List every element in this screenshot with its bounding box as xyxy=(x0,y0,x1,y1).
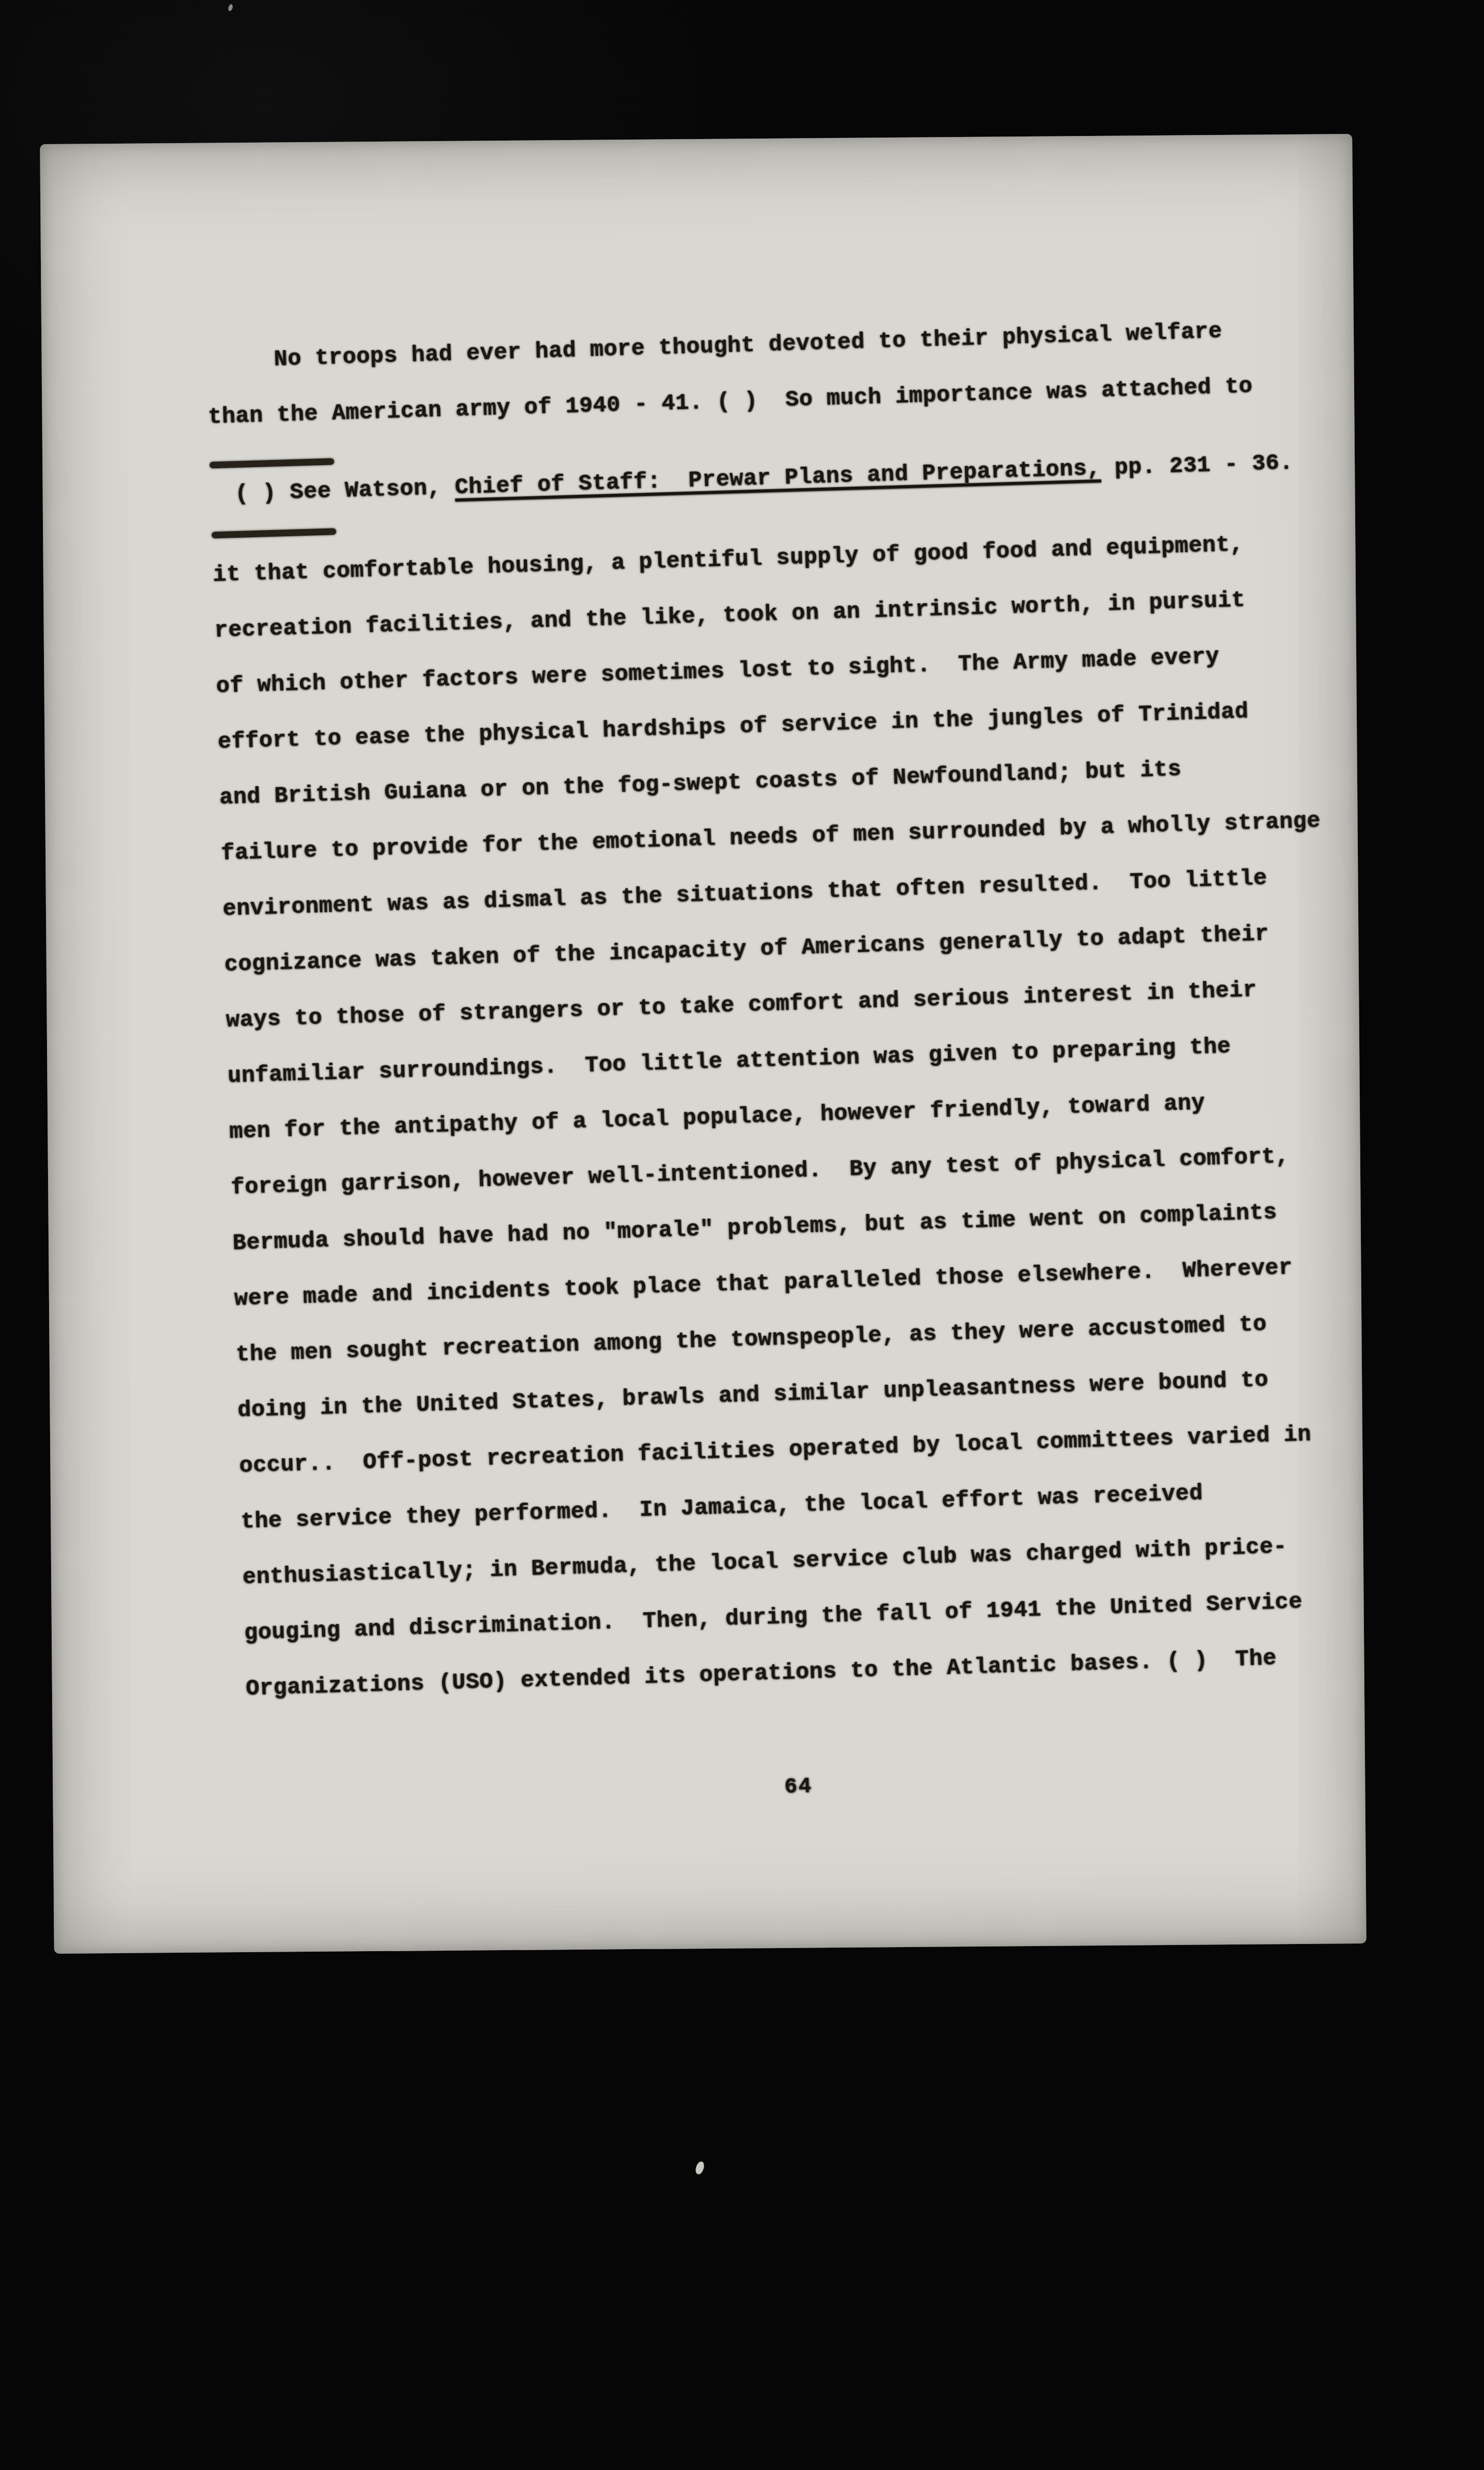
page-number: 64 xyxy=(249,1758,1348,1827)
footnote-line: ( ) See Watson, Chief of Staff: Prewar P… xyxy=(210,449,1309,513)
scan-speck xyxy=(694,2160,705,2175)
footnote-book-title: Chief of Staff: Prewar Plans and Prepara… xyxy=(454,456,1101,500)
footnote-separator-bottom xyxy=(212,528,336,538)
scanned-document-background: No troops had ever had more thought devo… xyxy=(0,0,1484,2470)
typewritten-text-block: No troops had ever had more thought devo… xyxy=(206,316,1348,1827)
document-page: No troops had ever had more thought devo… xyxy=(40,134,1366,1954)
footnote-prefix: ( ) See Watson, xyxy=(235,475,455,507)
footnote-separator-top xyxy=(210,458,334,468)
footnote-pages: pp. 231 - 36. xyxy=(1100,450,1293,482)
scan-speck xyxy=(227,4,234,12)
